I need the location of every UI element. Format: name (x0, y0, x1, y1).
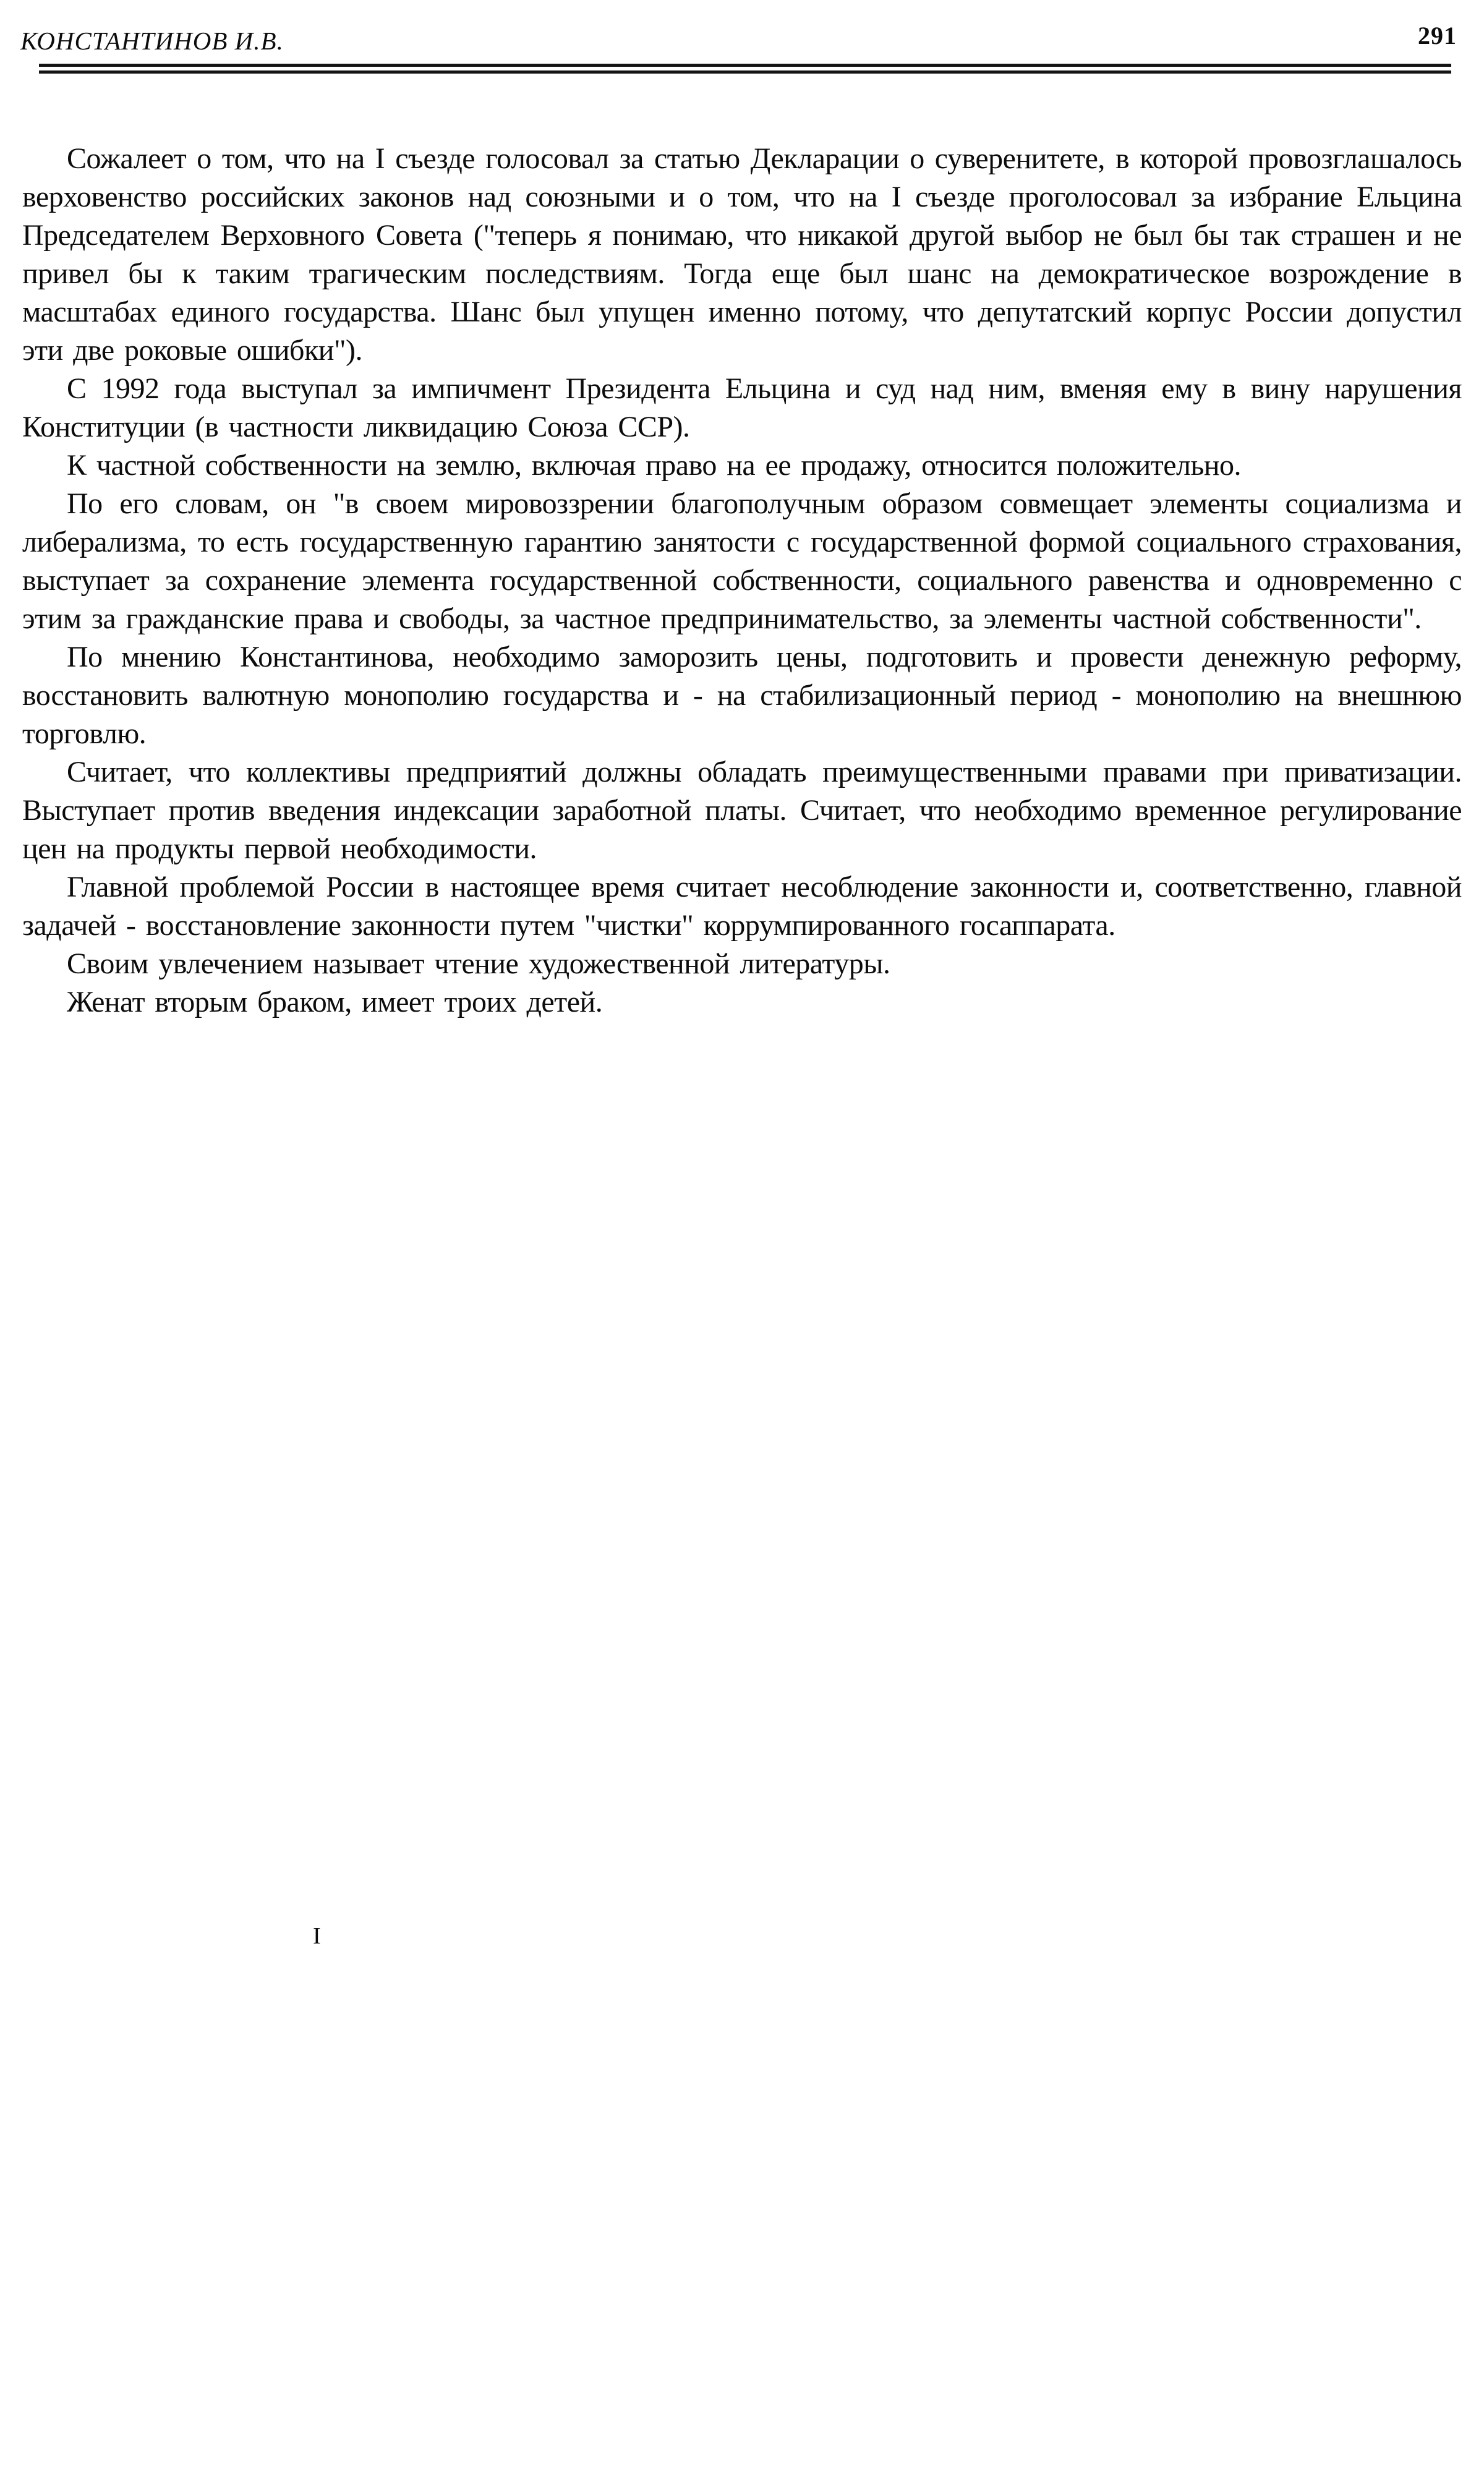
paragraph: С 1992 года выступал за импичмент Презид… (22, 370, 1462, 446)
paragraph: По мнению Константинова, необходимо замо… (22, 638, 1462, 753)
paragraph: По его словам, он "в своем мировоззрении… (22, 485, 1462, 638)
header-double-rule (39, 64, 1451, 74)
body-text-block: Сожалеет о том, что на I съезде голосова… (22, 140, 1462, 1022)
paragraph: Женат вторым браком, имеет троих детей. (22, 983, 1462, 1022)
paragraph: К частной собственности на землю, включа… (22, 446, 1462, 485)
paragraph: Считает, что коллективы предприятий долж… (22, 753, 1462, 868)
document-page: КОНСТАНТИНОВ И.В. 291 Сожалеет о том, чт… (0, 0, 1484, 2492)
paragraph: Главной проблемой России в настоящее вре… (22, 868, 1462, 945)
stray-scan-mark: I (313, 1924, 321, 1948)
running-head-author: КОНСТАНТИНОВ И.В. (20, 26, 284, 56)
paragraph: Своим увлечением называет чтение художес… (22, 945, 1462, 983)
paragraph: Сожалеет о том, что на I съезде голосова… (22, 140, 1462, 370)
page-number: 291 (1418, 21, 1457, 50)
